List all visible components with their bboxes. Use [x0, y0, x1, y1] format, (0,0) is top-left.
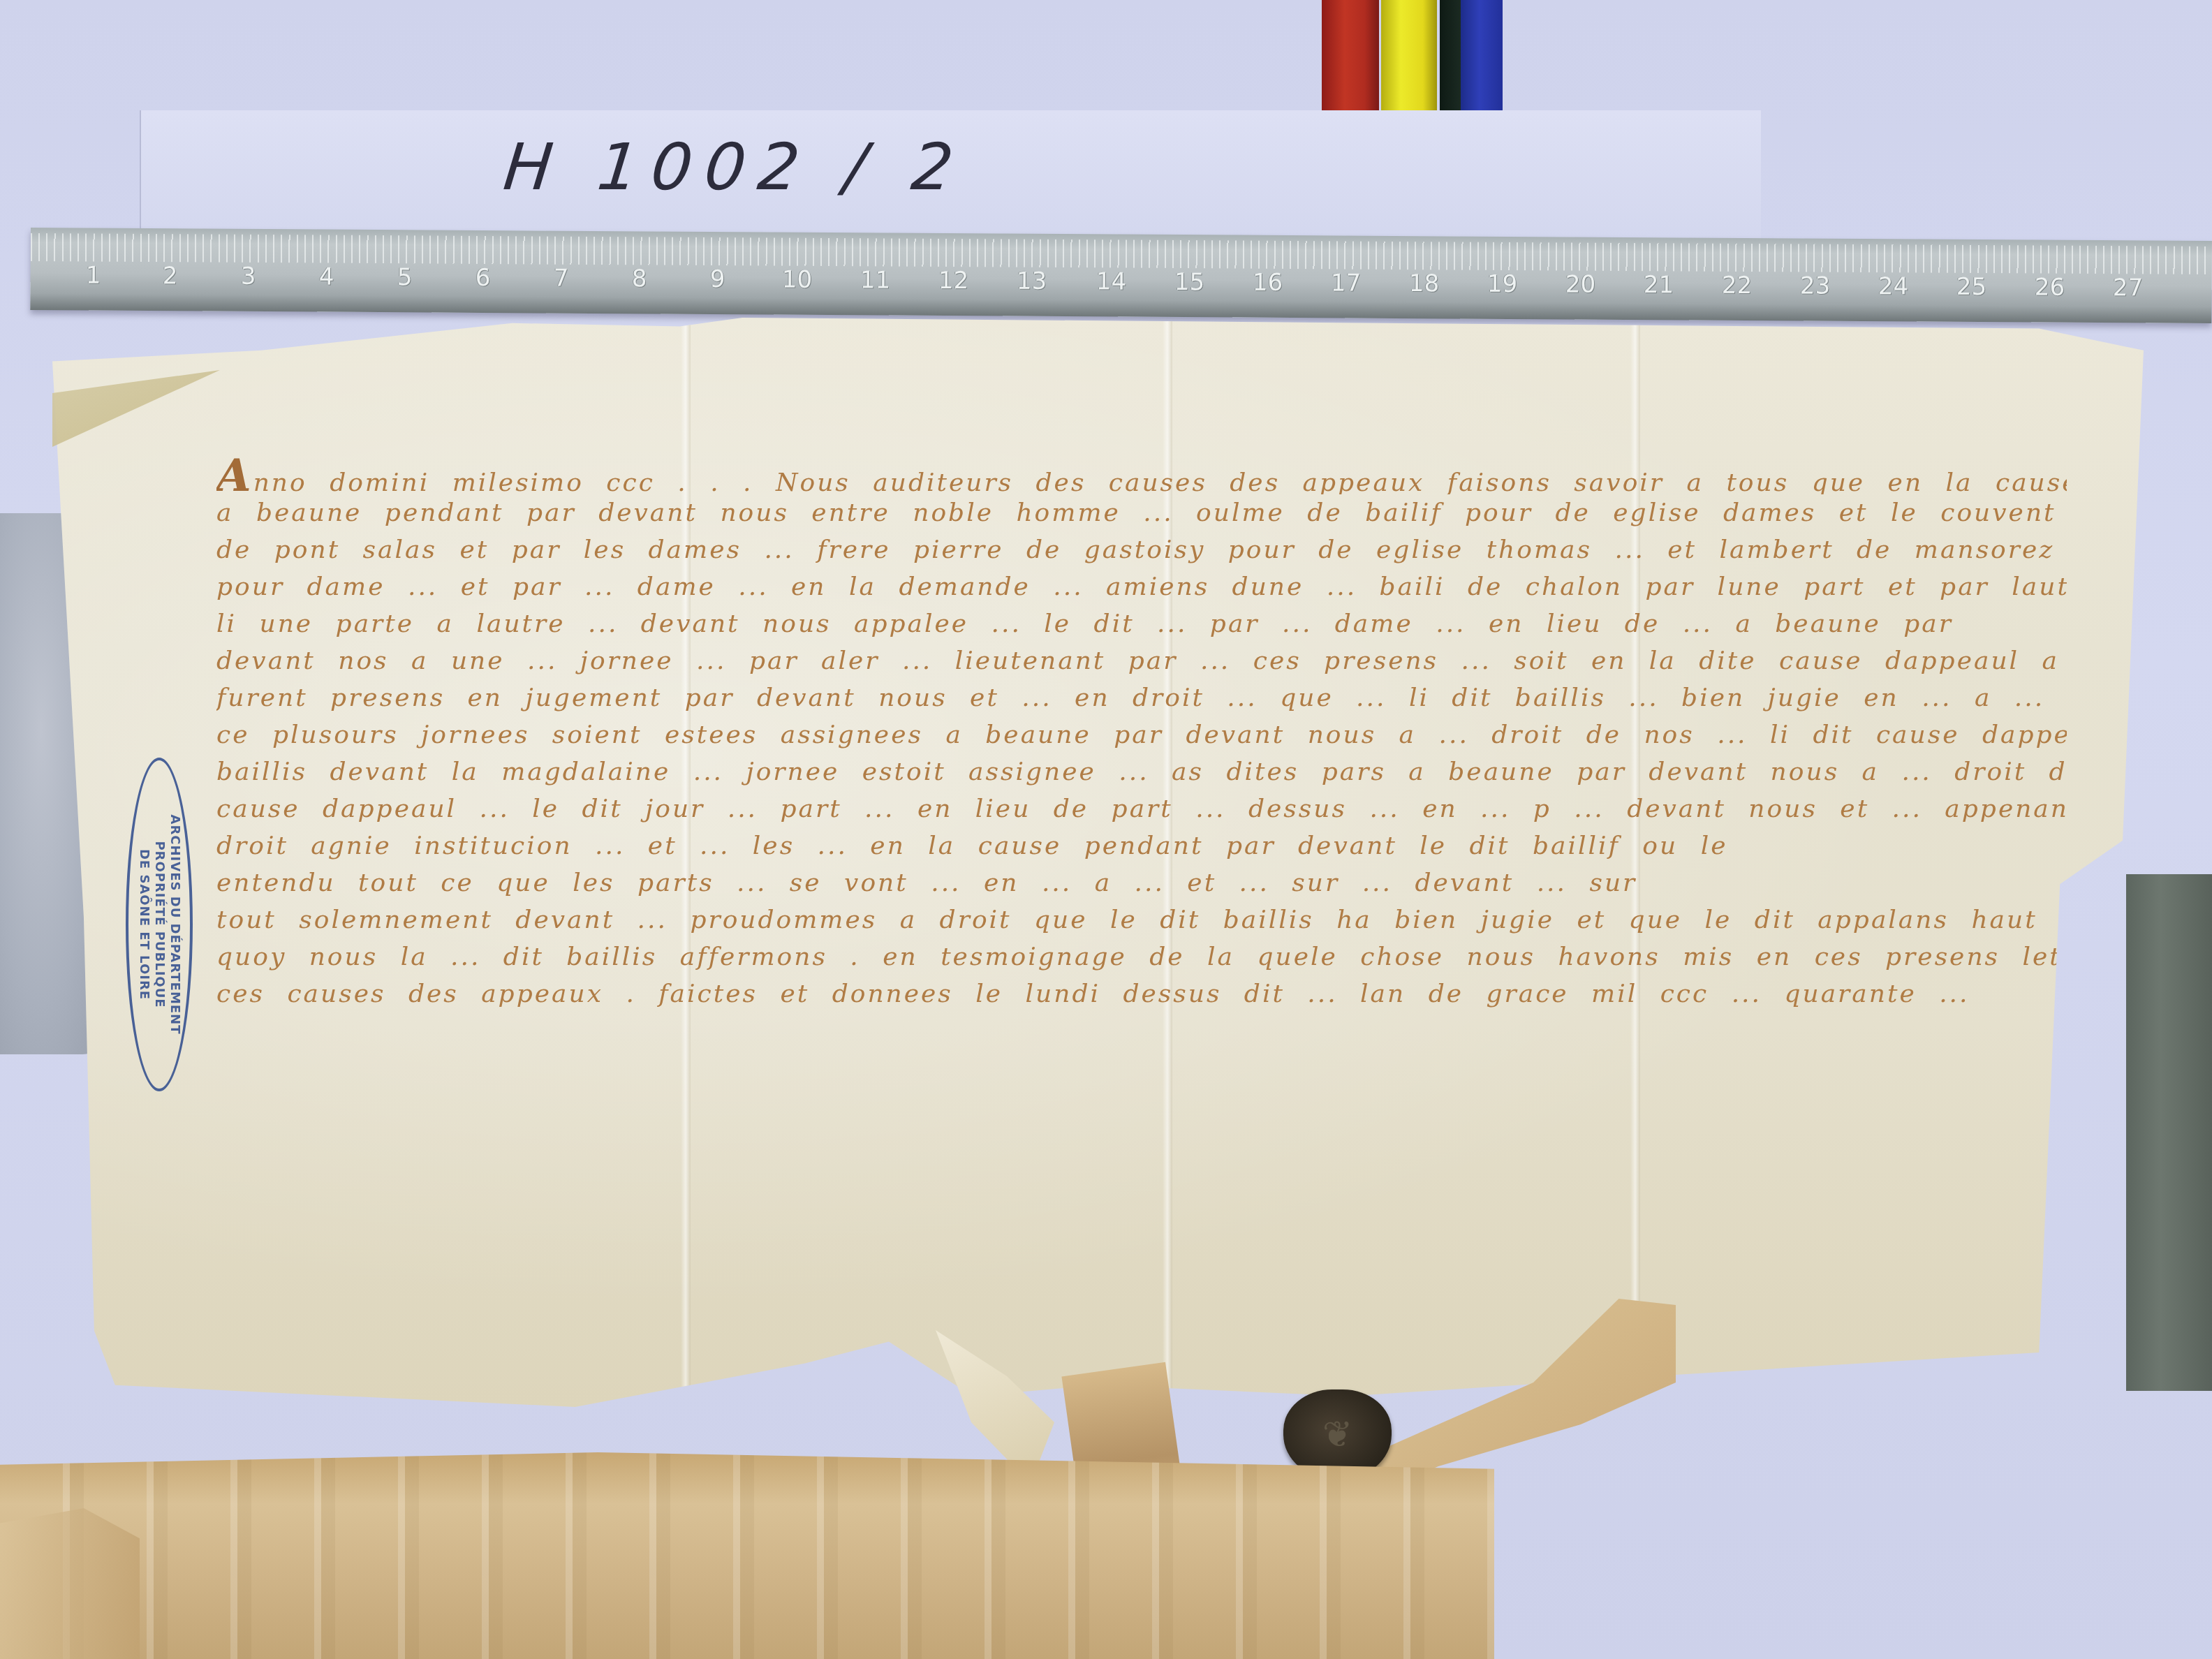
ruler-tick-label: 16: [1253, 269, 1283, 297]
ruler-tick-label: 3: [241, 263, 256, 290]
text-line: cause dappeaul ... le dit jour ... part …: [216, 790, 2067, 827]
archive-stamp: ARCHIVES DU DÉPARTEMENT PROPRIÉTÉ PUBLIQ…: [126, 758, 193, 1091]
ruler-tick-label: 11: [860, 266, 891, 294]
ruler-tick-label: 27: [2113, 274, 2144, 302]
ruler-tick-label: 26: [2035, 274, 2065, 302]
ruler-tick-label: 23: [1800, 272, 1831, 300]
stamp-text: ARCHIVES DU DÉPARTEMENT PROPRIÉTÉ PUBLIQ…: [136, 815, 182, 1035]
ruler-tick-label: 19: [1487, 270, 1518, 298]
ruler-tick-label: 21: [1644, 271, 1674, 299]
shelfmark-text: H 1002 / 2: [500, 130, 969, 205]
ruler-tick-label: 25: [1956, 273, 1987, 301]
text-line: furent presens en jugement par devant no…: [216, 679, 2067, 716]
ruler-tick-label: 8: [632, 265, 647, 293]
right-slate-piece: [2126, 874, 2212, 1391]
text-line: de pont salas et par les dames ... frere…: [216, 531, 2067, 568]
ruler-tick-label: 12: [938, 267, 969, 295]
ruler-tick-label: 17: [1331, 269, 1362, 297]
ruler-tick-label: 7: [554, 265, 569, 293]
text-line: a beaune pendant par devant nous entre n…: [216, 494, 2067, 531]
decorated-initial: A: [216, 457, 253, 494]
ruler-tick-label: 15: [1174, 268, 1205, 296]
text-line: entendu tout ce que les parts ... se von…: [216, 864, 2067, 901]
seal-emblem-icon: ❦: [1322, 1414, 1353, 1456]
text-line: ces causes des appeaux . faictes et donn…: [216, 975, 2067, 1012]
text-line: ce plusours jornees soient estees assign…: [216, 716, 2067, 753]
folded-parchment-bottom: [0, 1452, 1494, 1659]
ruler-tick-label: 20: [1565, 270, 1596, 298]
ruler-tick-label: 14: [1096, 267, 1127, 295]
text-line: quoy nous la ... dit baillis affermons .…: [216, 938, 2067, 975]
ruler-tick-label: 1: [86, 261, 101, 289]
text-line: Anno domini milesimo ccc . . . Nous audi…: [216, 457, 2067, 494]
text-line: devant nos a une ... jornee ... par aler…: [216, 642, 2067, 679]
charter-text: Anno domini milesimo ccc . . . Nous audi…: [216, 457, 2067, 1012]
shelfmark-card: H 1002 / 2: [140, 110, 1761, 243]
ruler-tick-label: 10: [782, 266, 813, 294]
text-line: droit agnie institucion ... et ... les .…: [216, 827, 2067, 864]
text-line: baillis devant la magdalaine ... jornee …: [216, 753, 2067, 790]
ruler-tick-label: 4: [319, 263, 334, 291]
ruler-tick-label: 13: [1017, 267, 1047, 295]
text-line: tout solemnement devant ... proudommes a…: [216, 901, 2067, 938]
text-line: pour dame ... et par ... dame ... en la …: [216, 568, 2067, 605]
ruler-tick-label: 24: [1878, 272, 1909, 300]
ruler-tick-label: 18: [1409, 270, 1440, 297]
measuring-ruler: 1 2 3 4 5 6 7 8 9 10 11 12 13 14 15 16 1…: [30, 228, 2212, 323]
ruler-tick-label: 2: [163, 262, 178, 290]
parchment-charter: Anno domini milesimo ccc . . . Nous audi…: [52, 318, 2144, 1407]
parchment-curl: [0, 1508, 140, 1659]
ruler-tick-label: 9: [710, 265, 725, 293]
ruler-tick-label: 6: [475, 264, 491, 292]
text-line: li une parte a lautre ... devant nous ap…: [216, 605, 2067, 642]
ruler-tick-label: 22: [1722, 272, 1753, 300]
ruler-tick-label: 5: [397, 263, 413, 291]
